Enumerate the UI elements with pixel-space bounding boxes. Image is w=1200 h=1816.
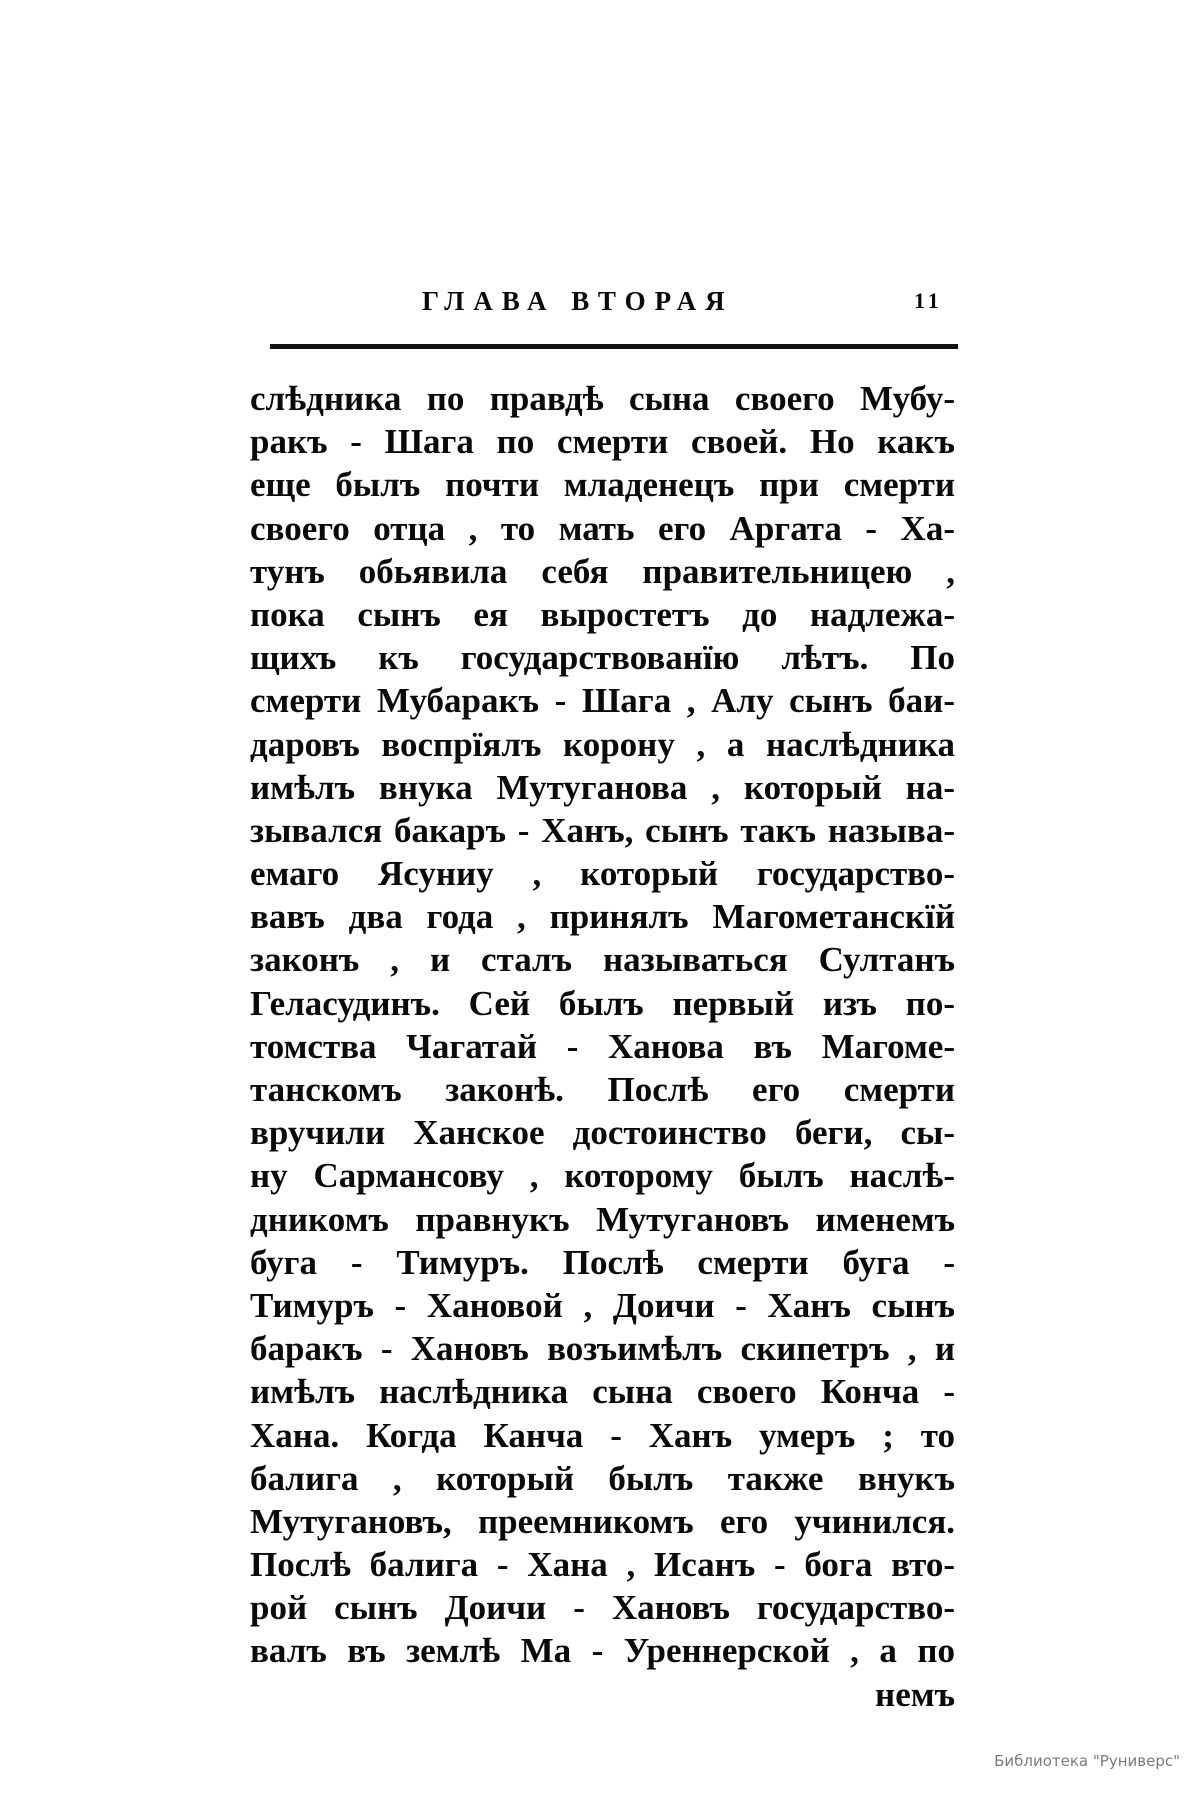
text-line: ракъ - Шага по смерти своей. Но какъ: [250, 420, 955, 463]
text-line: Хана. Когда Канча - Ханъ умеръ ; то: [250, 1414, 955, 1457]
text-line: имѣлъ внука Мутуганова , который на-: [250, 766, 955, 809]
text-line: законъ , и сталъ называться Султанъ: [250, 938, 955, 981]
text-line: Тимуръ - Хановой , Доичи - Ханъ сынъ: [250, 1284, 955, 1327]
library-watermark: Библиотека "Руниверс": [920, 1752, 1180, 1770]
text-line: имѣлъ наслѣдника сына своего Конча -: [250, 1370, 955, 1413]
text-line: баракъ - Хановъ возъимѣлъ скипетръ , и: [250, 1327, 955, 1370]
page-number: 11: [914, 283, 943, 319]
text-line: вручили Ханское достоинство беги, сы-: [250, 1111, 955, 1154]
text-line: буга - Тимуръ. Послѣ смерти буга -: [250, 1241, 955, 1284]
text-line: своего отца , то мать его Аргата - Ха-: [250, 507, 955, 550]
text-line: танскомъ законѣ. Послѣ его смерти: [250, 1068, 955, 1111]
text-line: дникомъ правнукъ Мутугановъ именемъ: [250, 1198, 955, 1241]
running-title: ГЛАВА ВТОРАЯ: [422, 283, 734, 319]
text-line: Послѣ балига - Хана , Исанъ - бога вто-: [250, 1543, 955, 1586]
text-line: ну Сармансову , которому былъ наслѣ-: [250, 1154, 955, 1197]
text-line: рой сынъ Доичи - Хановъ государство-: [250, 1586, 955, 1629]
text-line: слѣдника по правдѣ сына своего Мубу-: [250, 377, 955, 420]
text-line: балига , который былъ также внукъ: [250, 1457, 955, 1500]
text-line: емаго Ясуниу , который государство-: [250, 852, 955, 895]
text-line: пока сынъ ея выростетъ до надлежа-: [250, 593, 955, 636]
text-line: зывался бакаръ - Ханъ, сынъ такъ называ-: [250, 809, 955, 852]
header-rule: [270, 344, 958, 349]
text-line: смерти Мубаракъ - Шага , Алу сынъ баи-: [250, 679, 955, 722]
catchword: немъ: [250, 1673, 955, 1716]
text-line: еще былъ почти младенецъ при смерти: [250, 463, 955, 506]
body-text: слѣдника по правдѣ сына своего Мубу- рак…: [250, 377, 955, 1716]
text-line: щихъ къ государствованїю лѣтъ. По: [250, 636, 955, 679]
text-line: вавъ два года , принялъ Магометанскїй: [250, 895, 955, 938]
text-line: тунъ обьявила себя правительницею ,: [250, 550, 955, 593]
page-header: ГЛАВА ВТОРАЯ 11: [250, 283, 970, 323]
text-line: даровъ воспрїялъ корону , а наслѣдника: [250, 723, 955, 766]
text-line: Геласудинъ. Сей былъ первый изъ по-: [250, 982, 955, 1025]
text-line: валъ въ землѣ Ма - Уреннерской , а по: [250, 1629, 955, 1672]
text-line: Мутугановъ, преемникомъ его учинился.: [250, 1500, 955, 1543]
text-line: томства Чагатай - Ханова въ Магоме-: [250, 1025, 955, 1068]
